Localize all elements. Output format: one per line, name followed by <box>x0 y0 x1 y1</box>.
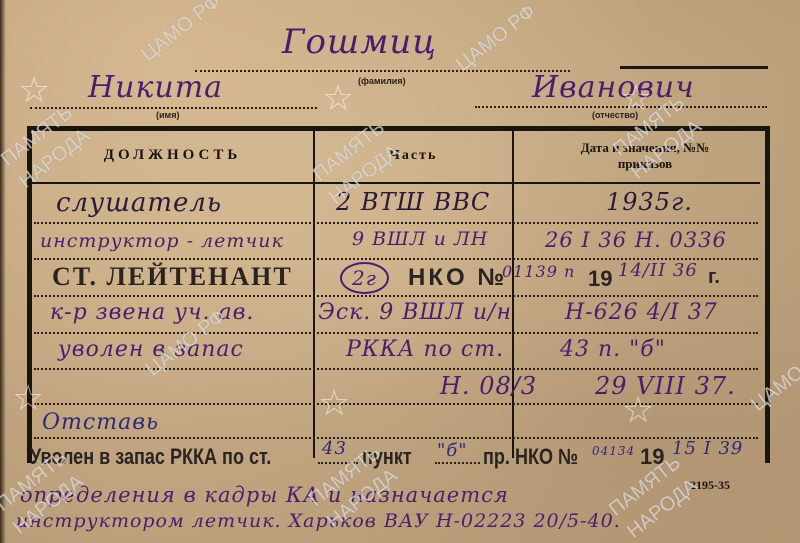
row-1-unit: 2 ВТШ ВВС <box>336 188 490 216</box>
row-1-order: 1935г. <box>606 188 693 216</box>
row-2-position: инструктор - летчик <box>40 230 284 252</box>
row-5-position: уволен в запас <box>58 337 244 362</box>
row-2-order: 26 I 36 Н. 0336 <box>545 228 727 252</box>
first-name-line <box>30 107 317 109</box>
row-line-6 <box>34 403 758 405</box>
row-6-unit: Н. 08/3 <box>440 372 537 400</box>
row-3-order-stamp: НКО № <box>408 264 507 292</box>
row-3-rank-stamp: СТ. ЛЕЙТЕНАНТ <box>52 262 293 292</box>
first-name-label: (имя) <box>156 110 179 120</box>
card-edge-shadow <box>0 0 6 543</box>
form-code: 2195-35 <box>690 478 730 493</box>
row-2-unit: 9 ВШЛ и ЛН <box>352 228 488 250</box>
row-line-1 <box>34 222 758 224</box>
footer-punkt-label: пункт <box>362 444 412 470</box>
patronymic-value: Иванович <box>532 70 695 105</box>
row-6-order: 29 VIII 37. <box>595 372 736 400</box>
row-1-position: слушатель <box>56 188 222 218</box>
footer-year-printed: 19 <box>640 444 664 470</box>
handwritten-note: Отставь <box>42 410 159 435</box>
row-3-order-number: 01139 п <box>502 262 575 281</box>
row-4-order: Н-626 4/I 37 <box>565 300 718 325</box>
row-4-unit: Эск. 9 ВШЛ и/н <box>318 300 512 325</box>
row-4-position: к-р звена уч. ав. <box>50 300 254 325</box>
registration-card: Гошмиц (фамилия) Никита (имя) Иванович (… <box>0 0 800 543</box>
row-3-circled-note: 2г <box>340 262 389 294</box>
footer-note-line-1: определения в кадры КА и назначается <box>20 483 509 507</box>
watermark-archive: ЦАМО РФ <box>138 0 225 65</box>
patronymic-label: (отчество) <box>592 110 638 120</box>
column-header-unit: Часть <box>315 148 512 164</box>
star-icon: ☆ <box>18 72 50 108</box>
row-3-year-suffix: г. <box>708 266 720 289</box>
column-header-position: ДОЛЖНОСТЬ <box>32 147 313 164</box>
row-5-unit: РККА по ст. <box>346 337 504 362</box>
footer-article-line <box>318 462 358 464</box>
footer-note-line-2: инструктором летчик. Харьков ВАУ Н-02223… <box>16 510 621 532</box>
row-line-3 <box>34 295 758 297</box>
first-name-value: Никита <box>88 70 223 105</box>
footer-discharge-text: Уволен в запас РККА по ст. <box>30 444 271 470</box>
watermark-archive: ЦАМО РФ <box>453 1 540 75</box>
row-3-year-printed: 19 <box>588 266 612 292</box>
row-line-5 <box>34 368 758 370</box>
footer-article: 43 <box>322 438 347 459</box>
row-3-date-handwritten: 14/II 36 <box>618 260 698 281</box>
row-line-4 <box>34 332 758 334</box>
surname-line <box>195 70 570 72</box>
row-line-7 <box>34 437 758 439</box>
footer-punkt-value: "б" <box>437 440 468 461</box>
footer-date-handwritten: 15 I 39 <box>672 438 743 459</box>
row-5-order: 43 п. "б" <box>560 337 666 362</box>
surname-value: Гошмиц <box>282 22 437 62</box>
header-divider <box>32 182 760 184</box>
surname-label: (фамилия) <box>358 76 406 86</box>
footer-order-number: 04134 <box>592 444 635 458</box>
column-header-order: Дата и значения, №№ приказов <box>575 140 715 172</box>
surname-line-right <box>620 66 768 69</box>
footer-order-label: пр. НКО № <box>483 444 578 470</box>
patronymic-line <box>475 106 767 108</box>
footer-punkt-line <box>435 462 480 464</box>
star-icon: ☆ <box>322 80 354 116</box>
